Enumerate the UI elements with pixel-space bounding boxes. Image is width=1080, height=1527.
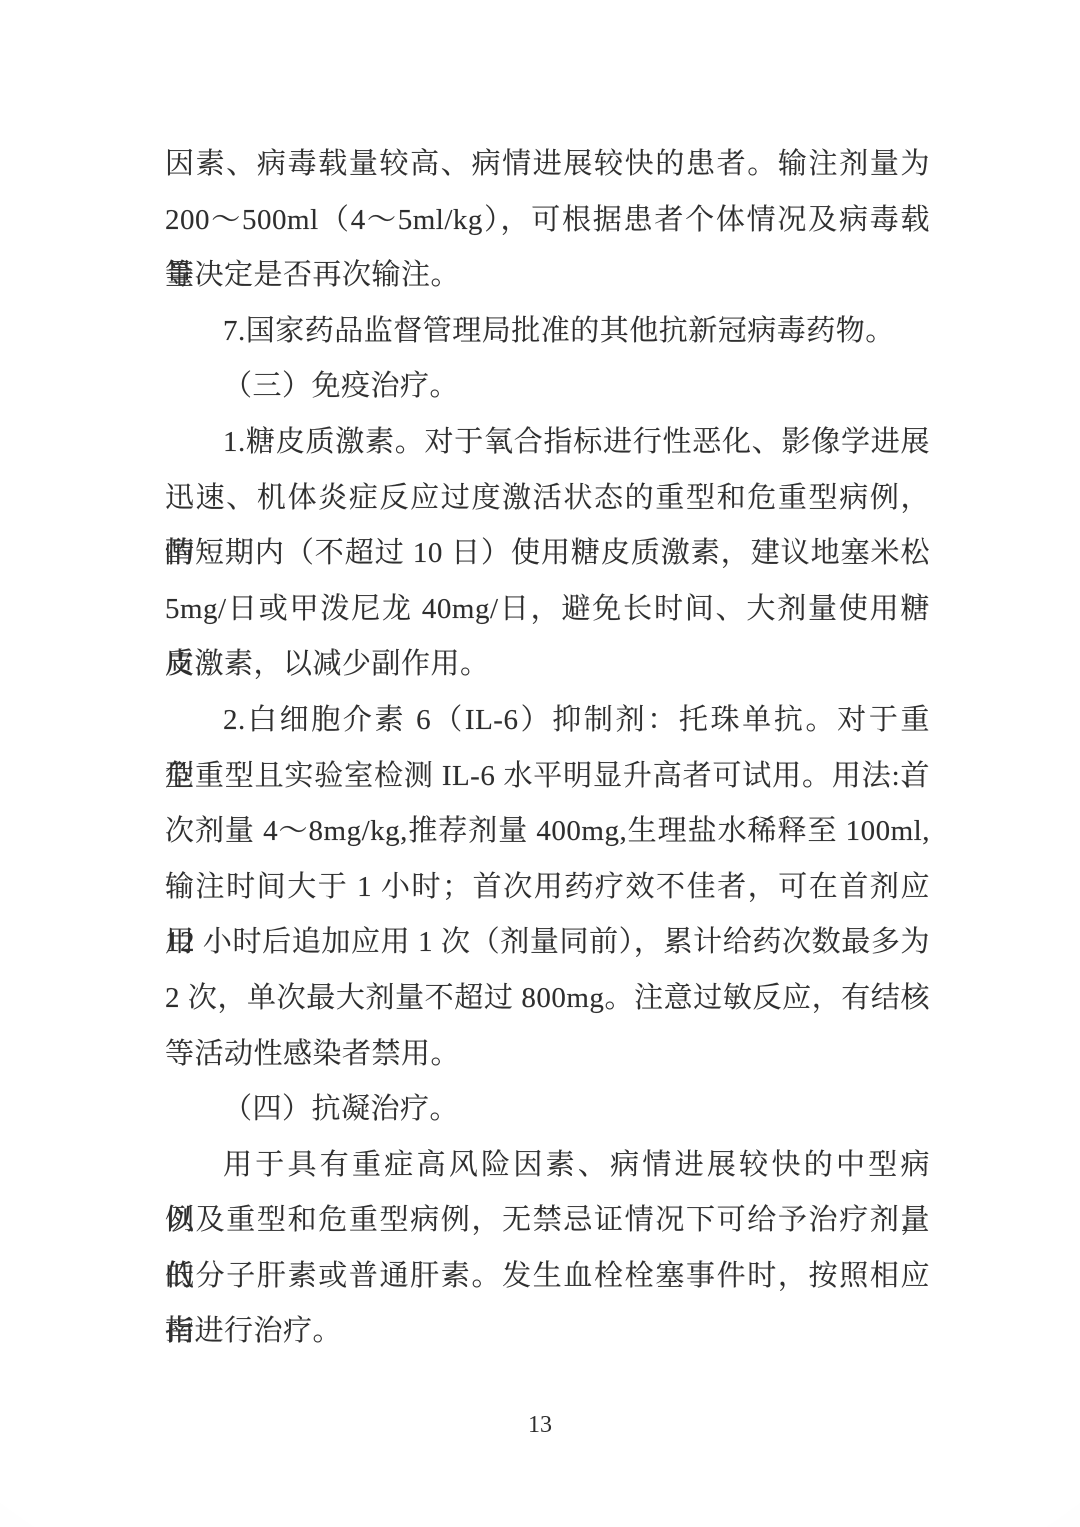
document-page: 因素、病毒载量较高、病情进展较快的患者。输注剂量为 200～500ml（4～5m… — [0, 0, 1080, 1527]
text-line: 输注时间大于 1 小时；首次用药疗效不佳者，可在首剂应用 — [165, 860, 930, 916]
section-heading-anticoagulation: （四）抗凝治疗。 — [165, 1082, 930, 1138]
text-line: 1.糖皮质激素。对于氧合指标进行性恶化、影像学进展 — [165, 415, 930, 471]
text-line: 用于具有重症高风险因素、病情进展较快的中型病例， — [165, 1138, 930, 1194]
text-line: 7.国家药品监督管理局批准的其他抗新冠病毒药物。 — [165, 304, 930, 360]
text-line: 次剂量 4～8mg/kg,推荐剂量 400mg,生理盐水稀释至 100ml, — [165, 804, 930, 860]
section-heading-immunotherapy: （三）免疫治疗。 — [165, 359, 930, 415]
text-line: 危重型且实验室检测 IL-6 水平明显升高者可试用。用法:首 — [165, 749, 930, 805]
text-line: 12 小时后追加应用 1 次（剂量同前），累计给药次数最多为 — [165, 915, 930, 971]
text-line: 等活动性感染者禁用。 — [165, 1027, 930, 1083]
text-line: 质激素，以减少副作用。 — [165, 637, 930, 693]
text-line: 以及重型和危重型病例，无禁忌证情况下可给予治疗剂量的 — [165, 1193, 930, 1249]
text-line: 低分子肝素或普通肝素。发生血栓栓塞事件时，按照相应指 — [165, 1249, 930, 1305]
text-line: 南进行治疗。 — [165, 1304, 930, 1360]
text-line: 因素、病毒载量较高、病情进展较快的患者。输注剂量为 — [165, 137, 930, 193]
document-body: 因素、病毒载量较高、病情进展较快的患者。输注剂量为 200～500ml（4～5m… — [165, 137, 930, 1360]
text-line: 2 次，单次最大剂量不超过 800mg。注意过敏反应，有结核 — [165, 971, 930, 1027]
text-line: 迅速、机体炎症反应过度激活状态的重型和危重型病例，酌 — [165, 471, 930, 527]
text-line: 情短期内（不超过 10 日）使用糖皮质激素，建议地塞米松 — [165, 526, 930, 582]
text-line: 5mg/日或甲泼尼龙 40mg/日，避免长时间、大剂量使用糖皮 — [165, 582, 930, 638]
text-line: 200～500ml（4～5ml/kg），可根据患者个体情况及病毒载量 — [165, 193, 930, 249]
text-line: 等决定是否再次输注。 — [165, 248, 930, 304]
text-line: 2.白细胞介素 6（IL-6）抑制剂：托珠单抗。对于重型、 — [165, 693, 930, 749]
page-number: 13 — [0, 1412, 1080, 1438]
